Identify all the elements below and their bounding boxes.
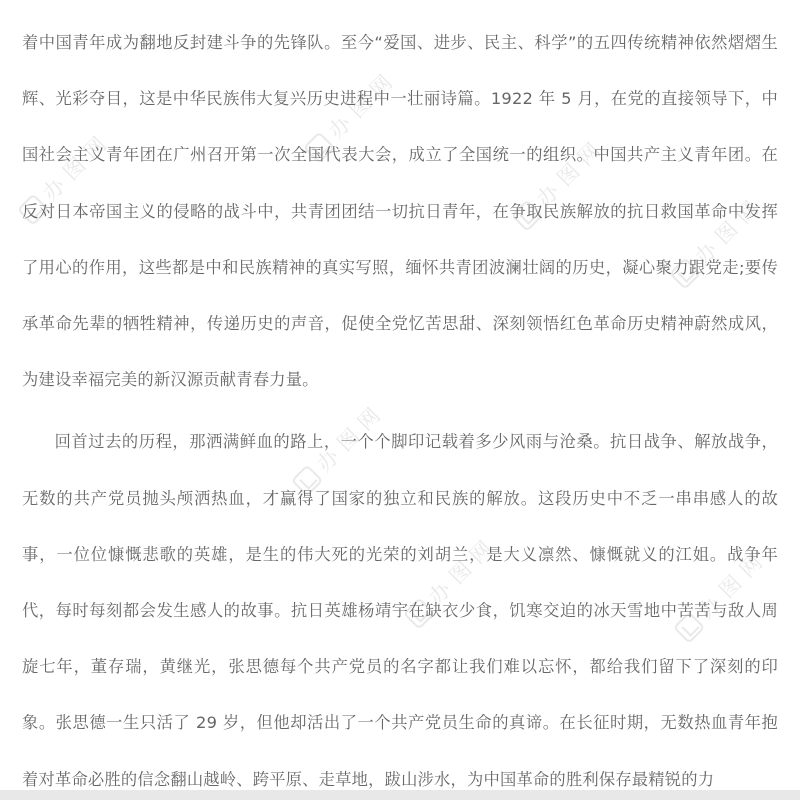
- paragraph: 着中国青年成为翻地反封建斗争的先锋队。至今“爱国、进步、民主、科学”的五四传统精…: [22, 15, 778, 408]
- paragraph: 回首过去的历程，那洒满鲜血的路上，一个个脚印记载着多少风雨与沧桑。抗日战争、解放…: [22, 414, 778, 800]
- page-bottom-edge: [0, 790, 800, 800]
- document-text: 着中国青年成为翻地反封建斗争的先锋队。至今“爱国、进步、民主、科学”的五四传统精…: [0, 0, 800, 800]
- document-page: 办图网办图网办图网办图网办图网办图网办图网 着中国青年成为翻地反封建斗争的先锋队…: [0, 0, 800, 800]
